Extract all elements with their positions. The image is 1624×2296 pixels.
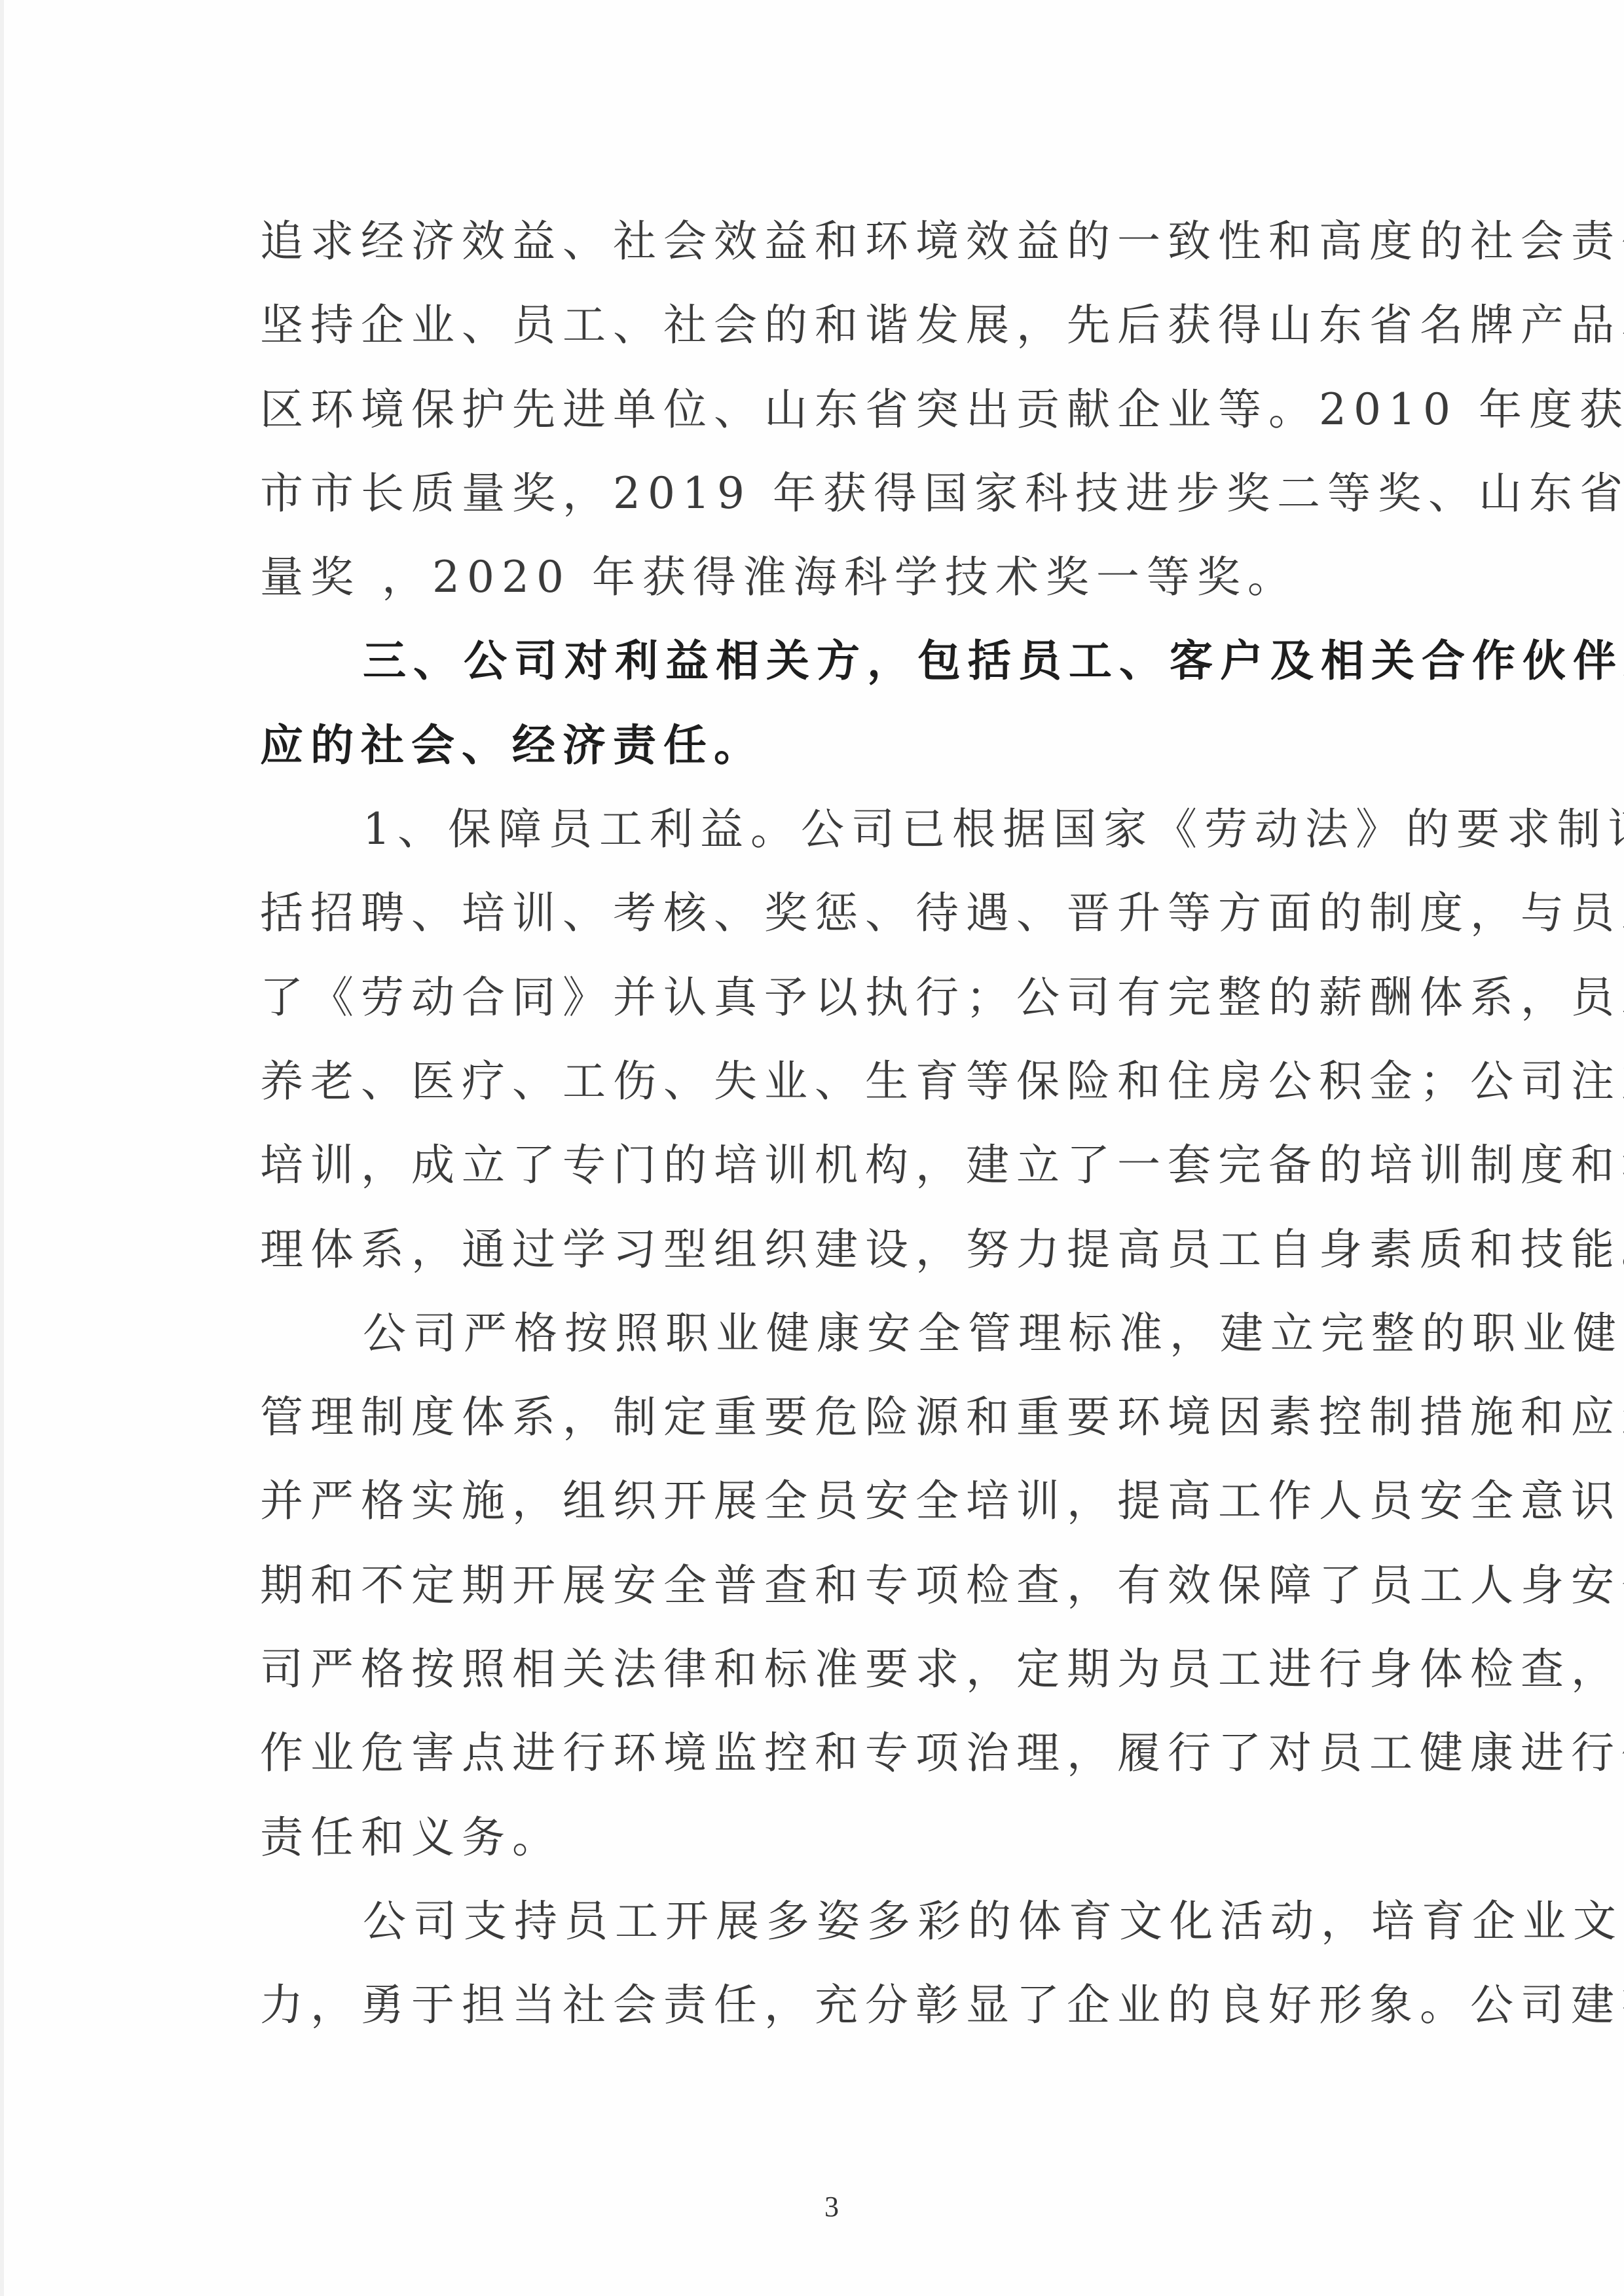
text-line: 期和不定期开展安全普查和专项检查，有效保障了员工人身安全。公	[260, 1544, 1399, 1628]
heading-line: 应的社会、经济责任。	[260, 704, 1399, 788]
paragraph-culture: 公司支持员工开展多姿多彩的体育文化活动，培育企业文化软实 力，勇于担当社会责任，…	[260, 1880, 1399, 2048]
text-line: 量奖 ，2020 年获得淮海科学技术奖一等奖。	[260, 536, 1399, 619]
text-line: 坚持企业、员工、社会的和谐发展，先后获得山东省名牌产品、罗庄	[260, 283, 1399, 367]
document-body: 追求经济效益、社会效益和环境效益的一致性和高度的社会责任感， 坚持企业、员工、社…	[260, 200, 1399, 2048]
text-line: 养老、医疗、工伤、失业、生育等保险和住房公积金；公司注重职工	[260, 1040, 1399, 1123]
document-page: 追求经济效益、社会效益和环境效益的一致性和高度的社会责任感， 坚持企业、员工、社…	[0, 0, 1624, 2296]
text-line: 公司支持员工开展多姿多彩的体育文化活动，培育企业文化软实	[260, 1880, 1399, 1963]
section-heading-3: 三、公司对利益相关方，包括员工、客户及相关合作伙伴承担相 应的社会、经济责任。	[260, 619, 1399, 788]
scan-edge-shadow	[0, 0, 4, 2296]
text-line: 培训，成立了专门的培训机构，建立了一套完备的培训制度和培训管	[260, 1123, 1399, 1207]
text-line: 并严格实施，组织开展全员安全培训，提高工作人员安全意识，并定	[260, 1459, 1399, 1543]
text-line: 力，勇于担当社会责任，充分彰显了企业的良好形象。公司建有自己	[260, 1963, 1399, 2047]
text-line: 管理制度体系，制定重要危险源和重要环境因素控制措施和应急预案	[260, 1376, 1399, 1459]
text-line: 括招聘、培训、考核、奖惩、待遇、晋升等方面的制度，与员工签订	[260, 871, 1399, 955]
paragraph-awards: 追求经济效益、社会效益和环境效益的一致性和高度的社会责任感， 坚持企业、员工、社…	[260, 200, 1399, 619]
text-line: 作业危害点进行环境监控和专项治理，履行了对员工健康进行保障的	[260, 1711, 1399, 1795]
paragraph-employee-interests: 1、保障员工利益。公司已根据国家《劳动法》的要求制订了包 括招聘、培训、考核、奖…	[260, 788, 1399, 1292]
text-line: 理体系，通过学习型组织建设，努力提高员工自身素质和技能。	[260, 1208, 1399, 1292]
text-line: 公司严格按照职业健康安全管理标准，建立完整的职业健康安全	[260, 1292, 1399, 1376]
text-line: 了《劳动合同》并认真予以执行；公司有完整的薪酬体系，员工享有	[260, 956, 1399, 1040]
text-line: 司严格按照相关法律和标准要求，定期为员工进行身体检查，同时对	[260, 1628, 1399, 1711]
text-line: 市市长质量奖，2019 年获得国家科技进步奖二等奖、山东省省长质	[260, 452, 1399, 536]
page-number: 3	[819, 2190, 845, 2223]
heading-line: 三、公司对利益相关方，包括员工、客户及相关合作伙伴承担相	[260, 619, 1399, 703]
text-line: 责任和义务。	[260, 1796, 1399, 1880]
text-line: 1、保障员工利益。公司已根据国家《劳动法》的要求制订了包	[260, 788, 1399, 871]
paragraph-health-safety: 公司严格按照职业健康安全管理标准，建立完整的职业健康安全 管理制度体系，制定重要…	[260, 1292, 1399, 1880]
text-line: 区环境保护先进单位、山东省突出贡献企业等。2010 年度获得临沂	[260, 368, 1399, 452]
text-line: 追求经济效益、社会效益和环境效益的一致性和高度的社会责任感，	[260, 200, 1399, 283]
